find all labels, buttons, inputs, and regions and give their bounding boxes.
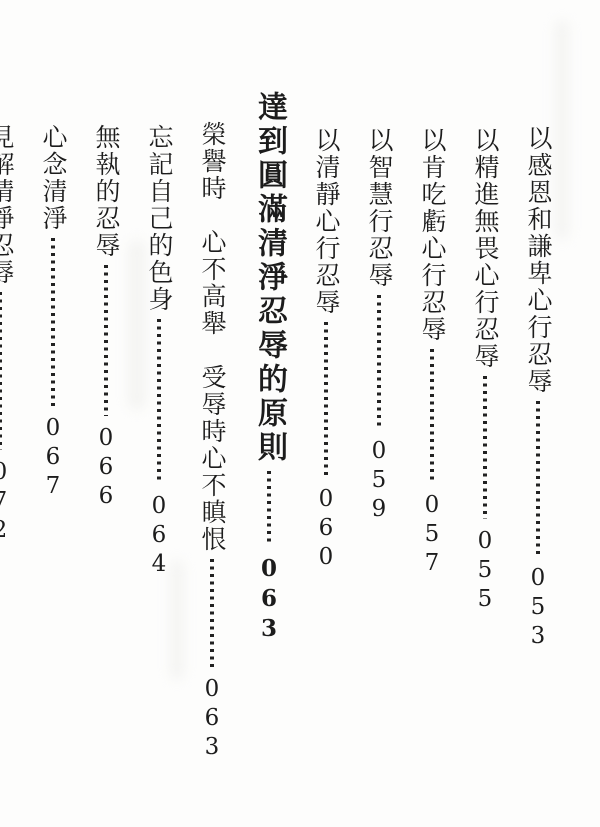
dot-leader [324, 322, 328, 477]
toc-entry-page: 063 [199, 676, 225, 763]
toc-entry: 以智慧行忍辱 059 [361, 127, 397, 525]
toc-entry-page: 063 [256, 555, 283, 645]
toc-entry-page: 057 [419, 492, 445, 579]
dot-leader [536, 401, 540, 556]
toc-entry-page: 053 [525, 565, 551, 652]
toc-entry-title: 心念清淨 [35, 124, 71, 232]
toc-entry: 見解清淨忍辱 072 [0, 124, 18, 546]
toc-entry-page: 055 [472, 528, 498, 615]
toc-entry-title: 以肯吃虧心行忍辱 [414, 127, 450, 343]
dot-leader [483, 376, 487, 519]
toc-entry-title: 見解清淨忍辱 [0, 124, 18, 286]
dot-leader [104, 265, 108, 416]
toc-entry-title: 以清靜心行忍辱 [308, 127, 344, 316]
toc-entry-page: 072 [0, 459, 13, 546]
toc-entry-title: 以智慧行忍辱 [361, 127, 397, 289]
dot-leader [210, 559, 214, 667]
toc-entry-title: 忘記自己的色身 [141, 124, 177, 313]
toc-entry: 忘記自己的色身 064 [141, 124, 177, 580]
dot-leader [157, 319, 161, 484]
scan-artifact [555, 20, 569, 240]
toc-entry-page: 067 [40, 415, 66, 502]
toc-entry-title: 無執的忍辱 [88, 124, 124, 259]
dot-leader [51, 238, 55, 406]
toc-entry-title: 達到圓滿清淨忍辱的原則 [247, 91, 291, 465]
dot-leader [377, 295, 381, 429]
toc-entry: 以精進無畏心行忍辱 055 [467, 127, 503, 615]
toc-entry: 以感恩和謙卑心行忍辱 053 [520, 125, 556, 652]
toc-entry-page: 064 [146, 493, 172, 580]
dot-leader [0, 292, 2, 450]
toc-entry-title: 以感恩和謙卑心行忍辱 [520, 125, 556, 395]
toc-entry-title: 以精進無畏心行忍辱 [467, 127, 503, 370]
toc-entry: 無執的忍辱 066 [88, 124, 124, 512]
toc-entry: 以清靜心行忍辱 060 [308, 127, 344, 573]
book-toc-page: 以感恩和謙卑心行忍辱 053 以精進無畏心行忍辱 055 以肯吃虧心行忍辱 05… [0, 0, 600, 827]
toc-section-heading: 達到圓滿清淨忍辱的原則 063 [247, 91, 291, 645]
toc-entry-page: 059 [366, 438, 392, 525]
toc-entry: 心念清淨 067 [35, 124, 71, 502]
table-of-contents: 以感恩和謙卑心行忍辱 053 以精進無畏心行忍辱 055 以肯吃虧心行忍辱 05… [0, 0, 556, 827]
toc-entry: 以肯吃虧心行忍辱 057 [414, 127, 450, 579]
dot-leader [430, 349, 434, 483]
toc-entry-page: 060 [313, 486, 339, 573]
dot-leader [267, 471, 271, 546]
toc-entry: 榮譽時 心不高舉 受辱時心不瞋恨 063 [194, 121, 230, 763]
toc-entry-page: 066 [93, 425, 119, 512]
toc-entry-title: 榮譽時 心不高舉 受辱時心不瞋恨 [194, 121, 230, 553]
